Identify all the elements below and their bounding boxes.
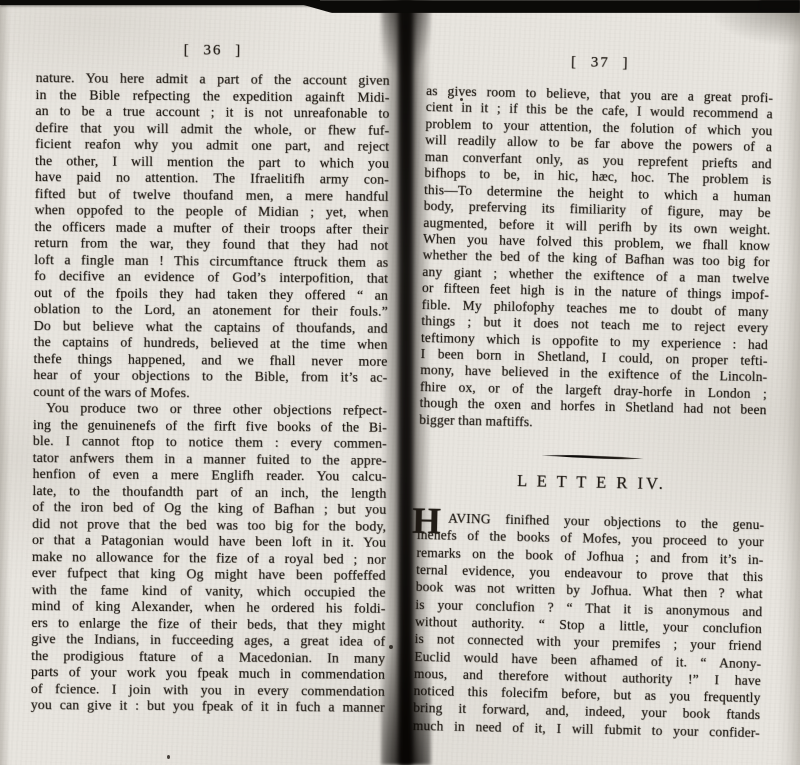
text-line: have paid no attention. The Ifraelitifh … xyxy=(35,169,389,188)
text-line: ble. I cannot ftop to notice them : ever… xyxy=(33,433,387,452)
left-paragraph-1: nature. You here admit a part of the acc… xyxy=(33,70,390,403)
text-line: fo decifive an evidence of God’s interpo… xyxy=(34,268,388,287)
right-page: [ 37 ] as gives room to believe, that yo… xyxy=(413,50,774,741)
text-line: nature. You here admit a part of the acc… xyxy=(36,70,390,89)
text-line: hear of your objections to the Bible, fr… xyxy=(33,367,387,386)
scanner-edge-corner xyxy=(760,0,800,10)
text-line: ficient reafon why you admit one part, a… xyxy=(35,136,389,155)
ink-speck xyxy=(167,755,170,759)
scanner-edge-band-thick xyxy=(286,0,800,13)
drop-cap-letter: H xyxy=(412,503,442,541)
text-line: henfion of even a mere Englifh reader. Y… xyxy=(33,466,387,485)
ink-speck xyxy=(460,98,463,101)
letter-heading: L E T T E R IV. xyxy=(418,468,765,497)
book-scan: [ 36 ] nature. You here admit a part of … xyxy=(0,0,800,765)
text-line: the captains of hundreds, believed at th… xyxy=(34,334,388,353)
right-page-number: [ 37 ] xyxy=(427,50,774,75)
page-edge-left xyxy=(0,0,10,765)
ink-speck xyxy=(389,645,393,649)
text-line: mind of king Alexander, when he ordered … xyxy=(31,598,385,617)
text-line: of the iron bed of Og the king of Bafhan… xyxy=(32,499,386,518)
text-line: you can give it : but you fpeak of it in… xyxy=(31,697,385,716)
left-paragraph-2: You produce two or three other objection… xyxy=(31,400,387,716)
letter-opening-paragraph: H AVING finifhed your objections to the … xyxy=(413,509,765,741)
gutter-shadow-core xyxy=(399,0,412,765)
section-divider-rule xyxy=(541,454,643,460)
right-paragraph-1: as gives room to believe, that you are a… xyxy=(419,83,773,435)
text-line: You produce two or three other objection… xyxy=(33,400,387,419)
left-page: [ 36 ] nature. You here admit a part of … xyxy=(31,40,390,716)
text-line: when oppofed to the people of Midian ; y… xyxy=(35,202,389,221)
text-line: oblation to the Lord, an atonement for t… xyxy=(34,301,388,320)
text-line: or that a Patagonian would have been lof… xyxy=(32,532,386,551)
left-page-number: [ 36 ] xyxy=(36,40,390,61)
text-line: give the Indians, in fucceeding ages, a … xyxy=(31,631,385,650)
text-line: parts of your work you fpeak much in com… xyxy=(31,664,385,683)
letter-paragraph-lines: AVING finifhed your objections to the ge… xyxy=(413,509,765,741)
text-line: an to be a true account ; it is not unre… xyxy=(35,103,389,122)
text-line: return from the war, they found that the… xyxy=(34,235,388,254)
text-line: ever fufpect that king Og might have bee… xyxy=(32,565,386,584)
page-edge-right xyxy=(776,0,800,765)
scanner-edge-band-thin xyxy=(0,0,320,5)
